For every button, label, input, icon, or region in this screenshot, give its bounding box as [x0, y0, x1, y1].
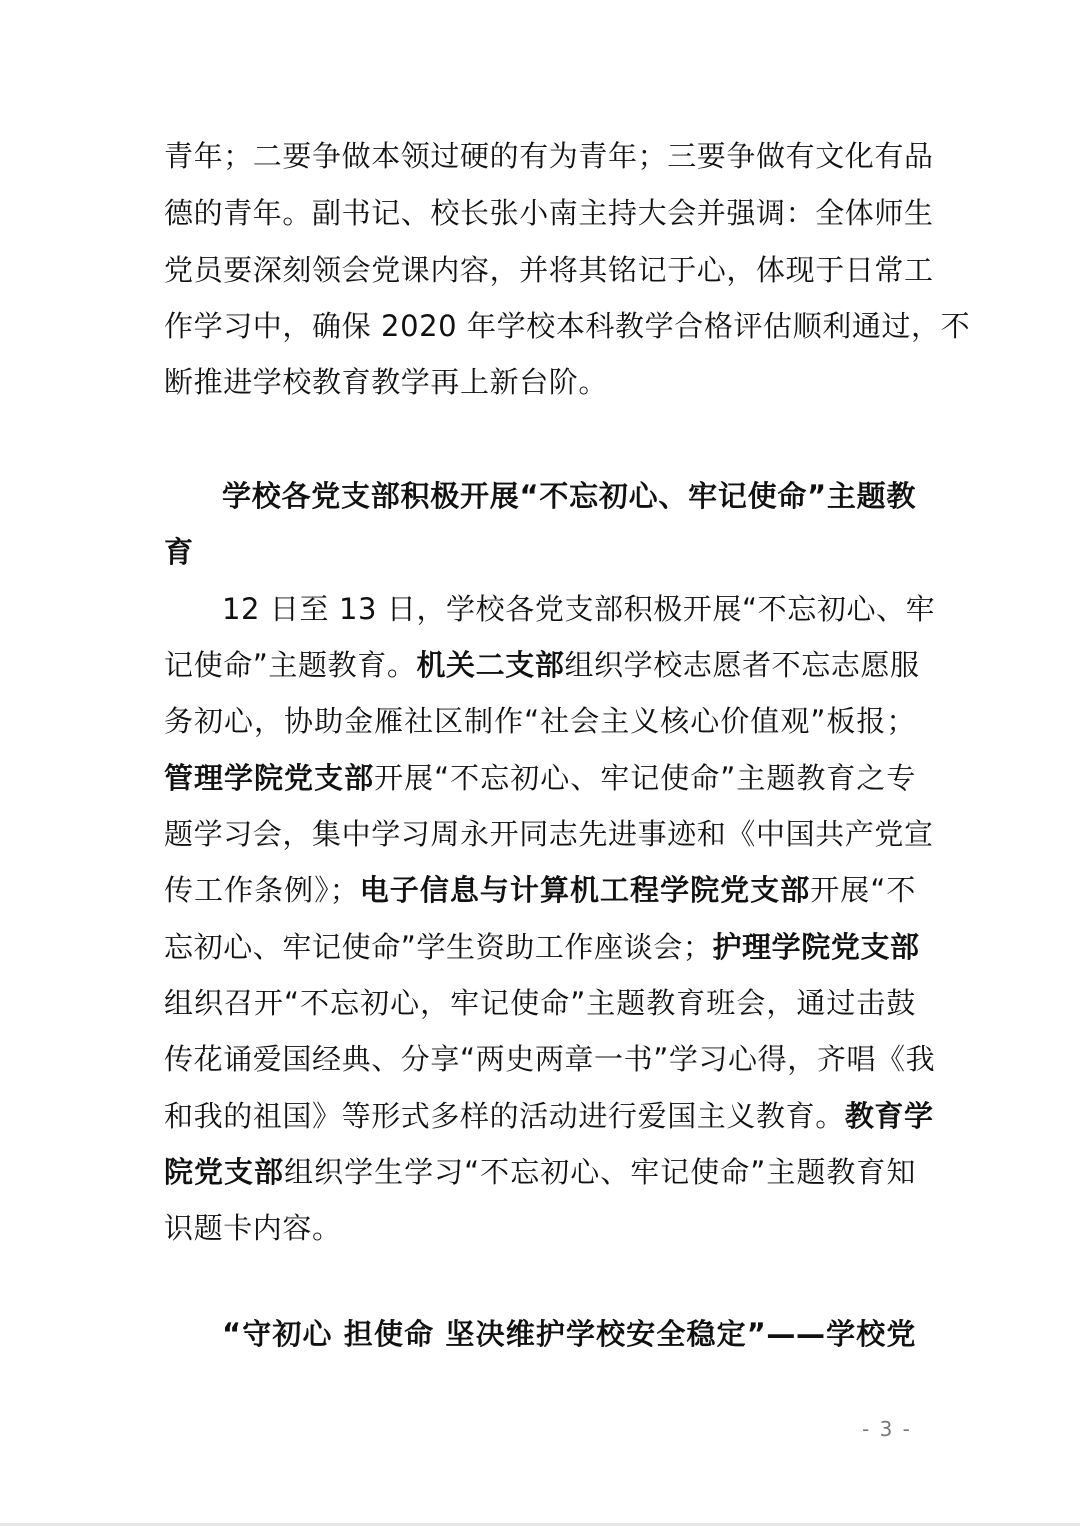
- body-line: 传花诵爱国经典、分享“两史两章一书”学习心得，齐唱《我: [164, 1039, 916, 1079]
- body-line: 识题卡内容。: [164, 1208, 916, 1248]
- paragraph-line: 断推进学校教育教学再上新台阶。: [164, 362, 916, 402]
- body-line: 务初心，协助金雁社区制作“社会主义核心价值观”板报；: [164, 701, 916, 741]
- body-line: 传工作条例》；电子信息与计算机工程学院党支部开展“不: [164, 870, 916, 910]
- body-text: 传工作条例》；: [164, 873, 359, 907]
- paragraph-line: 作学习中，确保 2020 年学校本科教学合格评估顺利通过，不: [164, 306, 916, 346]
- body-text: 组织召开“不忘初心，牢记使命”主题教育班会，通过击鼓: [164, 986, 916, 1020]
- body-line: 12 日至 13 日，学校各党支部积极开展“不忘初心、牢: [222, 589, 916, 629]
- body-text: 忘初心、牢记使命”学生资助工作座谈会；: [164, 930, 712, 964]
- document-page: 青年；二要争做本领过硬的有为青年；三要争做有文化有品 德的青年。副书记、校长张小…: [0, 0, 1080, 1523]
- section-heading: 育: [164, 532, 916, 572]
- body-text: 组织学校志愿者不忘志愿服: [564, 648, 919, 682]
- paragraph-line: 党员要深刻领会党课内容，并将其铭记于心，体现于日常工: [164, 250, 916, 290]
- branch-name-bold: 电子信息与计算机工程学院党支部: [359, 873, 810, 907]
- branch-name-bold: 教育学: [845, 1099, 934, 1133]
- body-text: 务初心，协助金雁社区制作“社会主义核心价值观”板报；: [164, 704, 916, 738]
- branch-name-bold: 机关二支部: [416, 648, 564, 682]
- body-text: 12 日至 13 日，学校各党支部积极开展“不忘初心、牢: [222, 592, 935, 626]
- body-text: 开展“不: [810, 873, 916, 907]
- body-text: 和我的祖国》等形式多样的活动进行爱国主义教育。: [164, 1099, 845, 1133]
- body-line: 院党支部组织学生学习“不忘初心、牢记使命”主题教育知: [164, 1152, 916, 1192]
- paragraph-line: 青年；二要争做本领过硬的有为青年；三要争做有文化有品: [164, 136, 916, 176]
- body-text: 开展“不忘初心、牢记使命”主题教育之专: [374, 761, 916, 795]
- branch-name-bold: 院党支部: [164, 1155, 284, 1189]
- body-text: 题学习会，集中学习周永开同志先进事迹和《中国共产党宣: [164, 817, 934, 851]
- branch-name-bold: 管理学院党支部: [164, 761, 374, 795]
- body-line: 题学习会，集中学习周永开同志先进事迹和《中国共产党宣: [164, 814, 916, 854]
- body-line: 和我的祖国》等形式多样的活动进行爱国主义教育。教育学: [164, 1096, 916, 1136]
- body-line: 记使命”主题教育。机关二支部组织学校志愿者不忘志愿服: [164, 645, 916, 685]
- body-line: 忘初心、牢记使命”学生资助工作座谈会；护理学院党支部: [164, 927, 916, 967]
- section-heading: “守初心 担使命 坚决维护学校安全稳定”——学校党: [222, 1314, 916, 1354]
- branch-name-bold: 护理学院党支部: [712, 930, 919, 964]
- body-text: 记使命”主题教育。: [164, 648, 416, 682]
- body-text: 组织学生学习“不忘初心、牢记使命”主题教育知: [284, 1155, 916, 1189]
- body-line: 管理学院党支部开展“不忘初心、牢记使命”主题教育之专: [164, 758, 916, 798]
- body-text: 传花诵爱国经典、分享“两史两章一书”学习心得，齐唱《我: [164, 1042, 935, 1076]
- body-text: 识题卡内容。: [164, 1211, 342, 1245]
- section-heading: 学校各党支部积极开展“不忘初心、牢记使命”主题教: [222, 476, 916, 516]
- page-number: - 3 -: [862, 1417, 912, 1441]
- body-line: 组织召开“不忘初心，牢记使命”主题教育班会，通过击鼓: [164, 983, 916, 1023]
- paragraph-line: 德的青年。副书记、校长张小南主持大会并强调：全体师生: [164, 193, 916, 233]
